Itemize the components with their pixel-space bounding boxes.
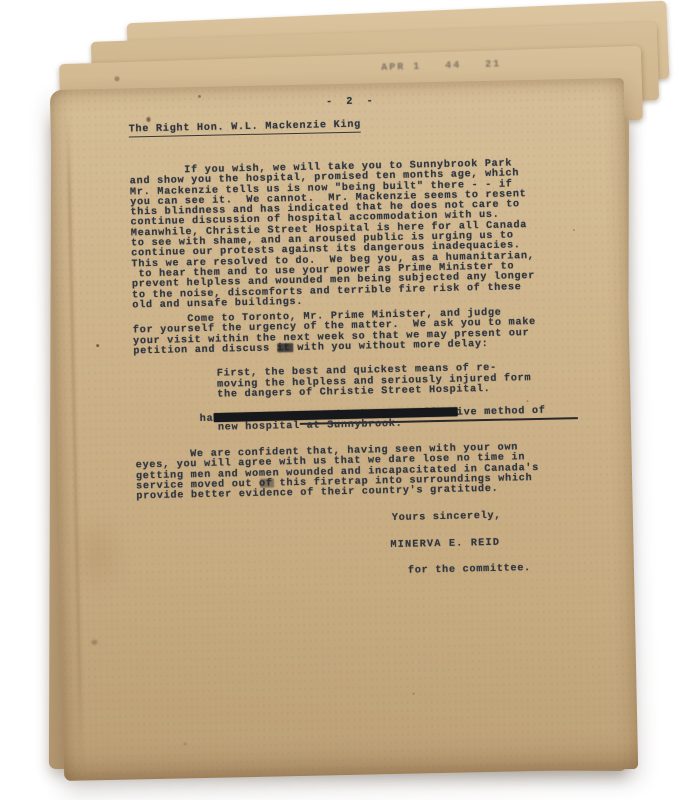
salutation-line: The Right Hon. W.L. Mackenzie King (129, 120, 362, 136)
signature-role: for the committee. (408, 562, 558, 576)
faded-date-stamp: APR 1 44 21 (381, 59, 501, 74)
signature-name: MINERVA E. REID (390, 536, 557, 550)
stain-spot (114, 76, 119, 81)
salutation-text: The Right Hon. W.L. Mackenzie King (129, 120, 362, 138)
overstrike-blot (277, 343, 293, 352)
paragraph-1: If you wish, we will take you to Sunnybr… (129, 159, 552, 312)
point-second: Second, the most effective method of ha … (217, 396, 555, 434)
closing-line: Yours sincerely, (392, 509, 557, 523)
letter-page: - 2 - The Right Hon. W.L. Mackenzie King… (50, 78, 638, 781)
overstrike-blot (260, 478, 274, 487)
typewritten-text: - 2 - The Right Hon. W.L. Mackenzie King… (50, 78, 638, 781)
page-number: - 2 - (326, 96, 377, 108)
photo-canvas: APR 1 44 21 - 2 - The Right Hon. W.L. Ma… (0, 0, 683, 800)
point-first: First, the best and quickest means of re… (217, 363, 555, 401)
paragraph-2: Come to Toronto, Mr. Prime Minister, and… (133, 308, 554, 358)
paragraph-3: We are confident that, having seen with … (135, 443, 556, 503)
redacted-line-prefix: ha (200, 413, 214, 424)
letter-body: If you wish, we will take you to Sunnybr… (129, 159, 558, 582)
